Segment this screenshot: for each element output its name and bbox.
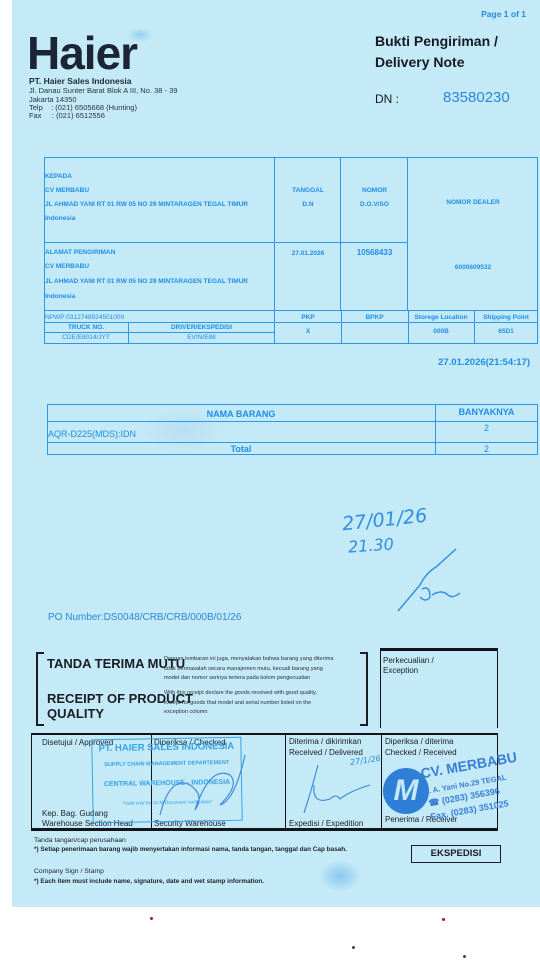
po-number: PO Number:DS0048/CRB/CRB/000B/01/26 xyxy=(48,612,241,623)
driver-label: DRIVER/EKSPEDISI xyxy=(128,324,275,331)
exception-label-id: Perkecualian / xyxy=(383,656,434,666)
body-line: With this receipt declare the goods rece… xyxy=(164,689,356,699)
body-line: tidak bermasalah secara manajemen mutu, … xyxy=(164,665,356,675)
dn-label: DN : xyxy=(375,92,399,106)
dealer-value: 6000609532 xyxy=(408,264,538,271)
nomor-cell xyxy=(341,157,408,243)
recipient-country: Indonesia xyxy=(45,215,75,222)
delivered-label-1: Diterima / dikirimkan xyxy=(289,737,361,747)
tanggal-header-1: TANGGAL xyxy=(275,187,341,194)
checker-signature xyxy=(150,745,250,825)
pkp-label: PKP xyxy=(275,314,341,321)
shipping-point-value: 65D1 xyxy=(474,328,538,335)
storage-location-label: Storege Location xyxy=(408,314,474,321)
tanggal-cell xyxy=(275,157,341,243)
recipient-address: JL AHMAD YANI RT 01 RW 05 NO 29 MINTARAG… xyxy=(45,201,248,208)
pkp-value: X xyxy=(275,328,341,335)
body-line: except for goods that model and serial n… xyxy=(164,699,356,709)
col-divider xyxy=(285,735,286,828)
dealer-value-cell xyxy=(408,243,538,311)
document-title: Bukti Pengiriman / Delivery Note xyxy=(375,31,498,73)
item-name: AQR-D225(MDS):IDN xyxy=(48,429,136,439)
note-en: *) Each item must include name, signatur… xyxy=(34,878,264,885)
exception-label-en: Exception xyxy=(383,666,434,676)
nomor-header-2: D.O.V/SO xyxy=(341,201,408,208)
scan-speck xyxy=(442,918,445,921)
driver-value: EVIN/E88 xyxy=(128,334,275,341)
delivered-role: Expedisi / Expedition xyxy=(289,819,363,829)
left-bracket xyxy=(36,652,44,726)
row-divider xyxy=(47,421,538,422)
received-label-1: Diperiksa / diterima xyxy=(385,737,453,747)
shipping-country: Indonesia xyxy=(45,293,75,300)
exception-label: Perkecualian / Exception xyxy=(383,656,434,676)
receipt-title-en-2: QUALITY xyxy=(47,707,104,721)
receipt-body-id: Dengan lembaran ini juga, menyatakan bah… xyxy=(164,655,356,684)
col-divider xyxy=(381,735,382,828)
tanggal-value: 27.01.2026 xyxy=(275,250,341,257)
kepada-cell xyxy=(44,157,275,243)
company-address: Jl. Danau Sunter Barat Blok A III, No. 3… xyxy=(29,87,177,95)
handwritten-time: 21.30 xyxy=(347,534,394,556)
scan-speck xyxy=(352,946,355,949)
npwp: NPWP:0312748924501000 xyxy=(45,314,124,321)
nomor-value: 10568433 xyxy=(341,248,408,257)
item-name-header: NAMA BARANG xyxy=(47,409,435,419)
col-divider xyxy=(31,735,32,828)
sign-stamp-id: Tanda tangan/cap perusahaan xyxy=(34,837,126,844)
company-name: PT. Haier Sales Indonesia xyxy=(29,76,132,86)
truck-label: TRUCK NO. xyxy=(44,324,128,331)
tanggal-header-2: D.N xyxy=(275,201,341,208)
dn-number: 83580230 xyxy=(443,89,510,106)
storage-location-value: 000B xyxy=(408,328,474,335)
title-en: Delivery Note xyxy=(375,52,498,73)
recipient-name: CV MERBABU xyxy=(45,187,89,194)
total-qty: 2 xyxy=(435,444,538,454)
row-divider xyxy=(44,322,538,323)
nomor-header-1: NOMOR xyxy=(341,187,408,194)
row-divider xyxy=(47,442,538,443)
row-divider xyxy=(44,332,275,333)
company-fax: Fax : (021) 6512556 xyxy=(29,112,105,120)
bpkp-label: BPKP xyxy=(341,314,408,321)
total-label: Total xyxy=(47,444,435,454)
shipping-point-label: Shipping Point xyxy=(474,314,538,321)
dealer-header: NOMOR DEALER xyxy=(408,199,538,206)
haier-logo: Haier xyxy=(27,26,137,80)
receipt-body-en: With this receipt declare the goods rece… xyxy=(164,689,356,718)
signature-mark xyxy=(390,545,470,615)
shipping-name: CV MERBABU xyxy=(45,263,89,270)
copy-label-ekspedisi: EKSPEDISI xyxy=(411,845,501,863)
received-label-2: Checked / Received xyxy=(385,748,457,758)
item-qty-header: BANYAKNYA xyxy=(435,407,538,417)
note-id: *) Setiap penerimaan barang wajib menyer… xyxy=(34,846,347,853)
page-indicator: Page 1 of 1 xyxy=(481,9,526,19)
scan-speck xyxy=(150,917,153,920)
shipping-label: ALAMAT PENGIRIMAN xyxy=(45,249,115,256)
body-line: model dan nomor serinya tertera pada kol… xyxy=(164,674,356,684)
print-timestamp: 27.01.2026(21:54:17) xyxy=(0,357,530,368)
title-id: Bukti Pengiriman / xyxy=(375,31,498,52)
truck-value: CDE/E8014/JYT xyxy=(44,334,128,341)
scan-speck xyxy=(463,955,466,958)
body-line: exception column xyxy=(164,708,356,718)
sign-stamp-en: Company Sign / Stamp xyxy=(34,868,104,875)
item-qty: 2 xyxy=(435,423,538,433)
kepada-label: KEPADA xyxy=(45,173,72,180)
body-line: Dengan lembaran ini juga, menyatakan bah… xyxy=(164,655,356,665)
shipping-address: JL AHMAD YANI RT 01 RW 05 NO 29 MINTARAG… xyxy=(45,278,248,285)
right-bracket xyxy=(360,652,368,726)
